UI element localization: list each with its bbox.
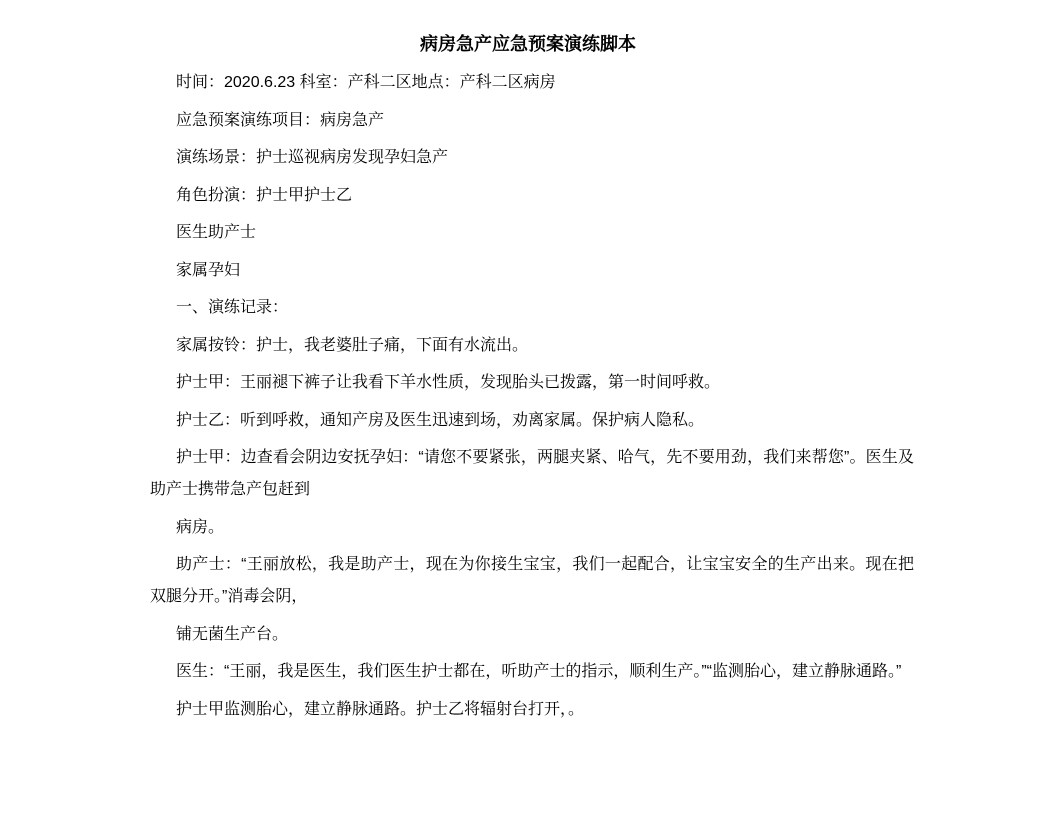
paragraph-nurse-a-comfort: 护士甲：边查看会阴边安抚孕妇：“请您不要紧张，两腿夹紧、哈气，先不要用劲，我们来… (150, 442, 914, 506)
paragraph-nurse-a-check: 护士甲：王丽褪下裤子让我看下羊水性质，发现胎头已拨露，第一时间呼救。 (150, 367, 914, 399)
paragraph-roles-doctor-midwife: 医生助产士 (150, 217, 914, 249)
document-title: 病房急产应急预案演练脚本 (0, 31, 1056, 57)
document-body: 时间：2020.6.23 科室：产科二区地点：产科二区病房 应急预案演练项目：病… (0, 67, 1056, 726)
paragraph-ward: 病房。 (150, 512, 914, 544)
paragraph-section-heading-drill-record: 一、演练记录： (150, 292, 914, 324)
paragraph-roles-family-pregnant: 家属孕妇 (150, 255, 914, 287)
paragraph-drill-scene: 演练场景：护士巡视病房发现孕妇急产 (150, 142, 914, 174)
paragraph-nurse-actions: 护士甲监测胎心，建立静脉通路。护士乙将辐射台打开，。 (150, 694, 914, 726)
paragraph-drill-project: 应急预案演练项目：病房急产 (150, 105, 914, 137)
paragraph-sterile-table: 铺无菌生产台。 (150, 619, 914, 651)
paragraph-nurse-b-respond: 护士乙：听到呼救，通知产房及医生迅速到场，劝离家属。保护病人隐私。 (150, 405, 914, 437)
paragraph-midwife-speech: 助产士：“王丽放松，我是助产士，现在为你接生宝宝，我们一起配合，让宝宝安全的生产… (150, 549, 914, 613)
paragraph-roles: 角色扮演：护士甲护士乙 (150, 180, 914, 212)
paragraph-time-dept-location: 时间：2020.6.23 科室：产科二区地点：产科二区病房 (150, 67, 914, 99)
document-page: 病房急产应急预案演练脚本 时间：2020.6.23 科室：产科二区地点：产科二区… (0, 0, 1056, 816)
paragraph-doctor-speech: 医生：“王丽，我是医生，我们医生护士都在，听助产士的指示，顺利生产。”“监测胎心… (150, 656, 914, 688)
paragraph-family-bell: 家属按铃：护士，我老婆肚子痛，下面有水流出。 (150, 330, 914, 362)
